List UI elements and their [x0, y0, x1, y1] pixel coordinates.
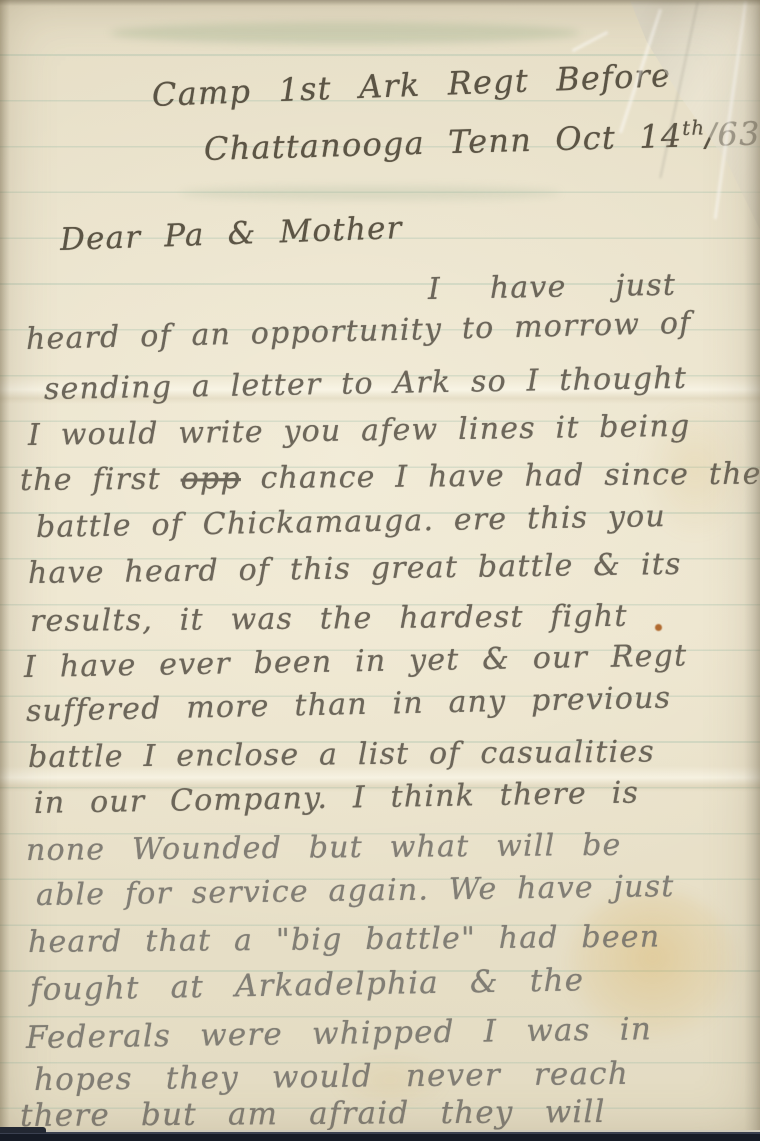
- line-text: the first: [20, 462, 181, 498]
- salutation: Dear Pa & Mother: [59, 210, 403, 258]
- letter-line: there but am afraid they will: [20, 1094, 606, 1134]
- letter-line: heard that a "big battle" had been: [28, 919, 661, 960]
- letter-line: results, it was the hardest fight: [30, 599, 628, 639]
- ink-bleed-smudge-top: [110, 22, 580, 44]
- dateline-superscript: th: [682, 116, 706, 140]
- letter-heading-camp: Camp 1st Ark Regt Before: [151, 56, 672, 114]
- crease-streak: [572, 31, 609, 52]
- letter-page: Camp 1st Ark Regt Before Chattanooga Ten…: [0, 0, 760, 1141]
- letter-line: in our Company. I think there is: [34, 775, 640, 821]
- scan-edge-corner: [0, 1127, 46, 1133]
- page-edge-left: [0, 0, 10, 1141]
- letter-line: Federals were whipped I was in: [26, 1011, 653, 1056]
- dateline-text: Chattanooga Tenn Oct 14: [203, 117, 682, 168]
- line-text: chance I have had since the: [241, 457, 760, 497]
- page-edge-right: [744, 0, 760, 1141]
- letter-line: suffered more than in any previous: [26, 680, 672, 729]
- letter-line: able for service again. We have just: [36, 869, 675, 913]
- ink-bleed-smudge-header: [180, 186, 560, 200]
- letter-line: battle I enclose a list of casualities: [28, 735, 655, 775]
- letter-line: I have ever been in yet & our Regt: [24, 638, 688, 685]
- letter-line: none Wounded but what will be: [26, 828, 622, 868]
- letter-line: the first opp chance I have had since th…: [20, 457, 760, 498]
- struck-word: opp: [181, 461, 241, 497]
- letter-line: have heard of this great battle & its: [28, 547, 682, 591]
- page-edge-top: [0, 0, 760, 6]
- letter-line: battle of Chickamauga. ere this you: [36, 499, 666, 545]
- letter-line: I would write you afew lines it being: [28, 409, 691, 453]
- letter-line: heard of an opportunity to morrow of: [26, 306, 692, 357]
- stain-dot: [655, 624, 662, 631]
- letter-line: hopes they would never reach: [34, 1056, 629, 1098]
- crease-streak: [714, 1, 748, 219]
- opening-indent: I have just: [428, 268, 677, 307]
- letter-line: fought at Arkadelphia & the: [30, 962, 585, 1008]
- letter-line: sending a letter to Ark so I thought: [44, 361, 688, 407]
- letter-heading-dateline: Chattanooga Tenn Oct 14th/63: [203, 114, 760, 168]
- scan-edge-bottom: [0, 1130, 760, 1141]
